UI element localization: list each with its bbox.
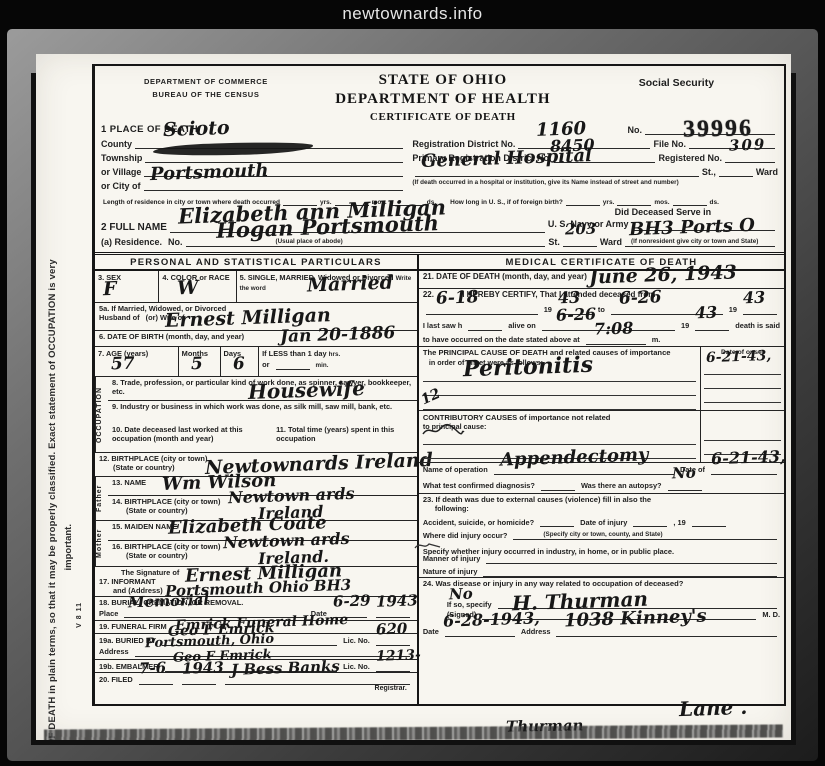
residence-no-label: No. (168, 237, 183, 247)
signed-addr-label: Address (521, 627, 551, 636)
buried-lic-label: Lic. No. (343, 636, 370, 645)
trade-row: 8. Trade, profession, or particular kind… (108, 377, 417, 401)
form-code: V 8 11 (76, 602, 83, 628)
from-19: 19 (544, 305, 552, 314)
external-label2: following: (423, 504, 780, 513)
injury-date-label: Date of injury (580, 518, 627, 527)
full-name-label: 2 FULL NAME (101, 222, 167, 233)
funeral-label: 19. FUNERAL FIRM (99, 622, 167, 631)
sex-color-marital-row: 3. SEX F 4. COLOR or RACE W 5. SINGLE, M… (95, 271, 417, 303)
min-label: min. (316, 362, 329, 370)
to-label: to (598, 305, 605, 314)
occupation-q-label: 24. Was disease or injury in any way rel… (423, 579, 780, 588)
address-lane-overflow: Lane . (678, 697, 747, 719)
framed-scan: newtownards.info mation should be carefu… (0, 0, 825, 766)
operation-date-value: 6-21-43, (711, 448, 784, 467)
registration-district-line: Registration District No. 1160 File No. … (412, 138, 778, 149)
illegible-scribble (421, 423, 465, 437)
residence-row: (a) Residence. No. Hogan Portsmouth (Usu… (95, 233, 784, 249)
residence-label: (a) Residence. (101, 237, 162, 247)
res-ward-value: BH3 Ports O (629, 216, 756, 238)
registered-no-value: 309 (729, 137, 767, 153)
personal-title: PERSONAL AND STATISTICAL PARTICULARS (95, 255, 417, 271)
burial-year-value: 1943 (376, 593, 418, 609)
city-value: Portsmouth (149, 161, 268, 183)
nonresident-note: (If nonresident give city or town and St… (631, 238, 758, 245)
ss-no-label: No. (628, 125, 643, 135)
township-label: Township (101, 153, 142, 163)
last-saw-value: 6-26 (556, 306, 597, 323)
dod-value: June 26, 1943 (589, 263, 737, 287)
operation-label: Name of operation (423, 465, 488, 474)
yrs-label-2: yrs. (603, 199, 615, 206)
dob-label: 6. DATE OF BIRTH (month, day, and year) (99, 332, 244, 341)
specify-note: (Specify city or town, county, and State… (543, 531, 662, 539)
alive-on-label: alive on (508, 321, 536, 330)
from-to-row: 6-18 19 43 to 6-26 19 43 (419, 303, 784, 319)
form-header: DEPARTMENT OF COMMERCE BUREAU OF THE CEN… (95, 66, 784, 124)
site-watermark: newtownards.info (0, 4, 825, 24)
embalmer-lic-value: 1213- (376, 648, 421, 664)
dob-value: Jan 20-1886 (280, 325, 396, 346)
contributory-label: CONTRIBUTORY CAUSES of importance not re… (419, 411, 700, 422)
signed-date-label: Date (423, 627, 439, 636)
us-length-label: How long in U. S., if of foreign birth? (450, 199, 563, 206)
mother-group: Mother 15. MAIDEN NAME Elizabeth Coate 1… (95, 521, 417, 567)
county-label: County (101, 139, 132, 149)
to-value: 6-26 (619, 289, 662, 307)
res-st-label: St. (548, 237, 560, 247)
abode-note: (Usual place of abode) (276, 238, 343, 245)
industry-row: 9. Industry or business in which work wa… (108, 401, 417, 424)
saw-19: 19 (681, 321, 689, 330)
st-label: St., (702, 167, 716, 177)
operation-value: Appendectomy (499, 446, 648, 469)
burial-place-label: Place (99, 609, 118, 618)
marital-value: Married (306, 273, 393, 295)
to-year: 43 (743, 289, 766, 306)
ward-label: Ward (756, 167, 778, 177)
md-label: M. D. (762, 610, 780, 619)
husband-of-label: Husband of (99, 313, 140, 322)
occupation-side-label: OCCUPATION (95, 377, 108, 452)
filed-date-value: 7-6 (138, 660, 166, 676)
medical-column: MEDICAL CERTIFICATE OF DEATH 21. DATE OF… (419, 255, 784, 704)
cause-value: Peritonitis (462, 354, 593, 381)
age-months-value: 5 (190, 355, 202, 372)
last-worked-label: 10. Date deceased last worked at this oc… (112, 425, 276, 451)
dob-row: 6. DATE OF BIRTH (month, day, and year) … (95, 331, 417, 347)
hrs-label: hrs. (329, 351, 341, 358)
autopsy-label: Was there an autopsy? (581, 481, 662, 490)
registration-block: No. Registration District No. 1160 File … (412, 124, 778, 191)
injury-19-label: , 19 (673, 518, 685, 527)
sex-value: F (103, 279, 117, 298)
registrar-signature: J Bess Banks (230, 659, 339, 678)
burial-place-value: Memorial (128, 593, 210, 611)
father-side-label: Father (95, 477, 108, 520)
mother-side-label: Mother (95, 521, 108, 566)
manner-row: Manner of injury (419, 552, 784, 565)
buried-lic-value: 620 (376, 621, 408, 637)
age-years-value: 57 (111, 355, 135, 373)
occupation-group: OCCUPATION 8. Trade, profession, or part… (95, 377, 417, 453)
last-saw-label: I last saw h (423, 321, 462, 330)
to-19: 19 (729, 305, 737, 314)
industry-label: 9. Industry or business in which work wa… (112, 402, 392, 411)
age-days-value: 6 (232, 355, 244, 372)
certify-no: 22. (423, 290, 434, 299)
village-label: or Village (101, 167, 141, 177)
margin-note-3: important. (63, 524, 74, 570)
or-label: or (262, 360, 269, 369)
scan-smudge (44, 724, 783, 740)
title-block: STATE OF OHIO DEPARTMENT OF HEALTH CERTI… (311, 71, 575, 123)
occupation-q-value: No (449, 586, 473, 602)
embalmer-lic-label: Lic. No. (343, 662, 370, 671)
trade-value: Housewife (248, 378, 366, 402)
death-said-label: death is said (735, 321, 780, 330)
autopsy-row: What test confirmed diagnosis? Was there… (419, 479, 784, 494)
personal-column: PERSONAL AND STATISTICAL PARTICULARS 3. … (95, 255, 419, 704)
certificate-form: DEPARTMENT OF COMMERCE BUREAU OF THE CEN… (92, 64, 786, 706)
res-st-value: 203 (565, 221, 597, 237)
nature-row: Nature of injury (419, 565, 784, 578)
filed-label: 20. FILED (99, 675, 133, 684)
time-value: 7:08 (593, 320, 633, 337)
burial-date-value: 6-29 (333, 593, 371, 609)
occurred-row: to have occurred on the date stated abov… (419, 333, 784, 347)
registrar-label: Registrar. (99, 685, 413, 694)
manner-label: Manner of injury (423, 554, 481, 563)
dept-title: DEPARTMENT OF HEALTH (311, 90, 575, 109)
from-value: 6-18 (436, 289, 479, 307)
occurred-label: to have occurred on the date stated abov… (423, 335, 580, 344)
place-of-death-label: 1 PLACE OF DEATH (101, 124, 406, 135)
signed-date-row: Date 6-28-1943, Address 1038 Kinney's (419, 625, 784, 704)
particulars-columns: PERSONAL AND STATISTICAL PARTICULARS 3. … (95, 252, 784, 704)
signed-date-value: 6-28-1943, (443, 610, 540, 629)
autopsy-value: No (671, 465, 695, 481)
from-year: 43 (558, 289, 581, 306)
registration-district-label: Registration District No. (412, 139, 515, 149)
res-ward-label: Ward (600, 237, 622, 247)
head-fields: 1 PLACE OF DEATH County Scioto Township … (95, 124, 784, 191)
hospital-line: General Hospital St., Ward (412, 166, 778, 177)
ds-label-2: ds. (710, 199, 719, 206)
state-title: STATE OF OHIO (311, 71, 575, 90)
place-of-death-block: 1 PLACE OF DEATH County Scioto Township … (101, 124, 412, 191)
signed-addr-value: 1038 Kinney's (564, 607, 707, 630)
father-name-label: 13. NAME (112, 478, 146, 487)
nature-label: Nature of injury (423, 567, 478, 576)
test-label: What test confirmed diagnosis? (423, 481, 535, 490)
mother-birthplace-row: 16. BIRTHPLACE (city or town) (State or … (108, 541, 417, 566)
mos-label-2: mos. (654, 199, 669, 206)
accident-label: Accident, suicide, or homicide? (423, 518, 534, 527)
last-saw-year: 43 (695, 304, 718, 321)
residence-value: Hogan Portsmouth (215, 212, 439, 241)
department-block: DEPARTMENT OF COMMERCE BUREAU OF THE CEN… (101, 71, 311, 123)
file-no-label: File No. (653, 139, 686, 149)
stray-mark (413, 538, 443, 552)
color-value: W (177, 278, 199, 298)
margin-note-2: OF DEATH in plain terms, so that it may … (47, 60, 58, 740)
principal-cause-block: The PRINCIPAL CAUSE OF DEATH and related… (419, 347, 784, 411)
hospital-note: (If death occurred in a hospital or inst… (412, 179, 778, 186)
filed-year-value: 1943 (181, 660, 223, 676)
operation-row: Name of operation Appendectomy Date of 6… (419, 463, 784, 479)
county-value: Scioto (163, 118, 230, 139)
buried-addr-label: Address (99, 647, 129, 656)
dod-label2: year) (568, 272, 587, 281)
dept-line1: DEPARTMENT OF COMMERCE (101, 76, 311, 89)
filed-row: 20. FILED 7-6 1943 J Bess Banks Registra… (95, 673, 417, 704)
dept-line2: BUREAU OF THE CENSUS (101, 89, 311, 102)
city-label: or City of (101, 181, 141, 191)
city-line: or City of Portsmouth (101, 180, 406, 191)
dod-label: 21. DATE OF DEATH (month, day, and (423, 272, 566, 281)
last-worked-row: 10. Date deceased last worked at this oc… (108, 424, 417, 452)
hospital-value: General Hospital (421, 147, 593, 171)
external-label: 23. If death was due to external causes … (423, 495, 780, 504)
less-than-day-label: If LESS than 1 day (262, 349, 326, 358)
registered-no-label: Registered No. (658, 153, 722, 163)
certificate-page: mation should be carefully supplied. AGE… (36, 54, 791, 740)
total-time-label: 11. Total time (years) spent in this occ… (276, 425, 413, 451)
m-label: m. (652, 335, 661, 344)
date-of-death-row: 21. DATE OF DEATH (month, day, and year)… (419, 271, 784, 289)
cause-onset-value: 6-21-43, (706, 349, 772, 365)
external-causes-block: 23. If death was due to external causes … (419, 494, 784, 552)
age-row: 7. AGE (years) 57 Months 5 Days 6 If L (95, 347, 417, 377)
